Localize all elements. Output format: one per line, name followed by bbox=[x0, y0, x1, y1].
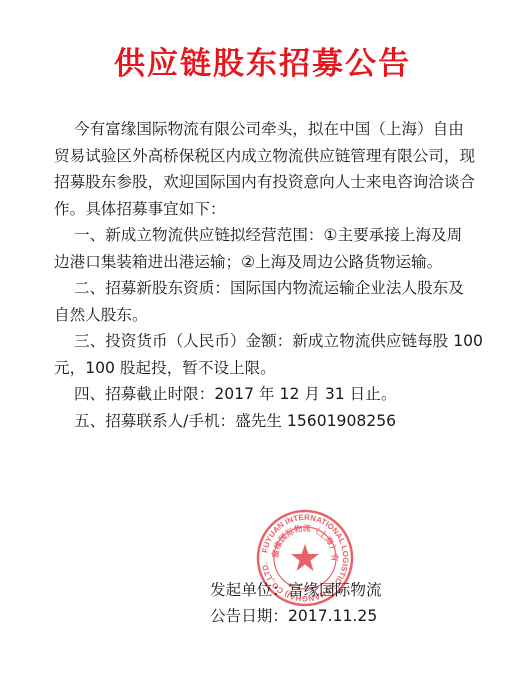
intro-line: 今有富缘国际物流有限公司牵头，拟在中国（上海）自由 bbox=[54, 116, 474, 143]
item-qualification-line: 二、招募新股东资质：国际国内物流运输企业法人股东及 bbox=[54, 275, 474, 302]
intro-line: 作。具体招募事宜如下： bbox=[54, 196, 474, 223]
star-icon bbox=[291, 544, 319, 571]
item-scope-line: 一、新成立物流供应链拟经营范围：①主要承接上海及周 bbox=[54, 222, 474, 249]
intro-line: 贸易试验区外高桥保税区内成立物流供应链管理有限公司，现 bbox=[54, 143, 474, 170]
announcement-date: 公告日期：2017.11.25 bbox=[210, 603, 382, 629]
intro-line: 招募股东参股，欢迎国际国内有投资意向人士来电咨询洽谈合 bbox=[54, 169, 474, 196]
item-scope-line: 边港口集装箱进出港运输；②上海及周边公路货物运输。 bbox=[54, 249, 474, 276]
item-investment-line: 元，100 股起投，暂不设上限。 bbox=[54, 355, 474, 382]
initiator-label: 发起单位：富缘国际物流 bbox=[210, 577, 382, 603]
item-contact-line: 五、招募联系人/手机：盛先生 15601908256 bbox=[54, 408, 474, 435]
page-title: 供应链股东招募公告 bbox=[0, 44, 525, 84]
signature-block: 发起单位：富缘国际物流 公告日期：2017.11.25 bbox=[210, 577, 382, 629]
item-qualification-line: 自然人股东。 bbox=[54, 302, 474, 329]
item-deadline-line: 四、招募截止时限：2017 年 12 月 31 日止。 bbox=[54, 381, 474, 408]
item-investment-line: 三、投资货币（人民币）金额：新成立物流供应链每股 100 bbox=[54, 328, 474, 355]
announcement-body: 今有富缘国际物流有限公司牵头，拟在中国（上海）自由 贸易试验区外高桥保税区内成立… bbox=[54, 116, 474, 434]
